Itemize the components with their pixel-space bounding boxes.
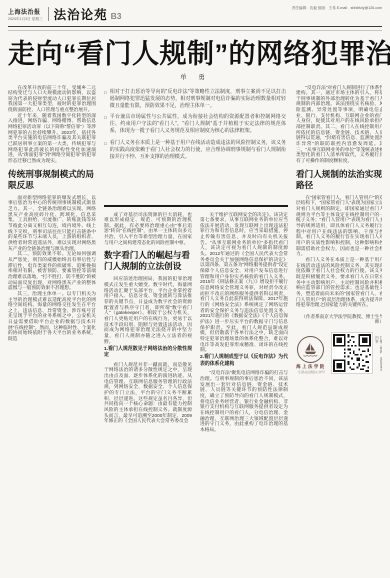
- section-heading-1: 传统刑事规制模式的局限反思: [8, 169, 96, 191]
- middle-columns-body: 成了对基层司法资源的巨大消耗，也难以形成稳定、规范、可预期的治理机制。据此，有必…: [104, 212, 288, 577]
- column-1: 在改革开放的前三十年，受城乡二元结构变迁与人口大规模流动的影响，以盗窃为代表的侵…: [8, 85, 96, 577]
- sailboat-icon: [301, 340, 320, 359]
- article-columns: 在改革开放的前三十年，受城乡二元结构变迁与人口大规模流动的影响，以盗窃为代表的侵…: [8, 85, 382, 577]
- article-headline: 走向“看门人规制”的网络犯罪治理: [8, 39, 382, 69]
- author-affiliation: （作者系南京大学法学院教授、博士生导师）: [296, 314, 382, 325]
- page-number: B3: [111, 11, 122, 21]
- section-heading-2: 数字看门人的崛起与看门人规制的立法创设: [104, 250, 192, 272]
- masthead-rule-dark: [8, 26, 382, 27]
- paper-name: 上海法治报: [8, 7, 43, 16]
- qr-code: [331, 332, 373, 374]
- square-bullet-icon: □: [104, 114, 107, 135]
- paragraph: 近十年来，随着我国数字化转型的深入推进，网络诈骗、网络赌博、帮助信息网络犯罪活动…: [8, 113, 96, 164]
- paragraph: 在改革开放的前三十年，受城乡二元结构变迁与人口大规模流动的影响，以盗窃为代表的侵…: [8, 85, 96, 113]
- qr-code-icon: [333, 334, 371, 372]
- paragraph: 成了对基层司法资源的巨大消耗，也难以形成稳定、规范、可预期的治理机制。据此，有必…: [104, 212, 192, 246]
- numbered-subhead-1: 1.看门人规范散见于网络法治的分散性规定: [104, 347, 192, 359]
- masthead-divider: [48, 7, 49, 21]
- footer-row: 海上法学院 （扫码关注微信公众号）: [296, 332, 382, 374]
- paragraph: 看门人义务在本质上是一种基于用户在线活动违法的风险控制义务，其实现高度依赖于看门…: [296, 257, 382, 308]
- date-line: 2024年1月3日 星期三: [8, 17, 43, 22]
- summary-box: □ 相对于打击惩治等导向的“反电诈法”等策略性立法制度，刑事立案尚不足以打击遏制…: [104, 85, 288, 207]
- numbered-subhead-2: 2.看门人规制成型于以《反电诈法》为代表的体系化建构: [200, 355, 288, 367]
- column-4: “反电诈法”对看门人规制进行了体系性建构。其一，通过市场主体的引入，将基于刑事规…: [296, 85, 382, 577]
- middle-columns: □ 相对于打击惩治等导向的“反电诈法”等策略性立法制度，刑事立案尚不足以打击遏制…: [104, 85, 288, 577]
- summary-text: 平台兼具市场属性与公共属性，成为衔接社会结构的资源配置者和控制网络交往、约束用户…: [110, 114, 286, 135]
- summary-text: 看门人义务在本质上是一种基于用户在线活动造成违法的风险控制义务，该义务的实践高度…: [110, 140, 286, 161]
- newspaper-seal: 海上法学院 （扫码关注微信公众号）: [296, 336, 326, 375]
- summary-bullet: □ 看门人义务在本质上是一种基于用户在线活动造成违法的风险控制义务，该义务的实践…: [104, 140, 286, 161]
- paragraph: “反电诈法”聚焦电信网络诈骗的打击与治理。与刑事规制的事后惩治不同，该法发展出一…: [200, 370, 288, 432]
- paragraph: 面对新型网络犯罪的爆发式增长，以事后惩治为中心的传统刑事规制模式渐显乏力。其一，…: [8, 195, 96, 252]
- paragraph: 其三，治理主体单一。以专门机关为主导的治理模式难以适配高度平台化的网络空间结构。…: [8, 291, 96, 342]
- square-bullet-icon: □: [104, 89, 107, 110]
- seal-caption: （扫码关注微信公众号）: [296, 370, 326, 374]
- editor-contact-line: 责任编辑：沈毅 组版：王希 E-mail：shfzbfzly@126.com: [292, 6, 382, 11]
- paragraph: 关于维护互联网安全的决定》。该决定第七条要求，从事互联网业务的单位应当依法开展活…: [200, 212, 288, 353]
- section-title: 法治论苑: [54, 8, 108, 22]
- qr-caption-line: 扫描二维码: [380, 336, 382, 354]
- column-3: 关于维护互联网安全的决定》。该决定第七条要求，从事互联网业务的单位应当依法开展活…: [200, 212, 288, 577]
- author-name: 单 勇: [8, 72, 382, 81]
- paragraph: “反电诈法”对看门人规制进行了体系性建构。其一，通过市场主体的引入，将基于刑事规…: [296, 85, 382, 164]
- seal-title: 海上法学院: [296, 364, 326, 370]
- section-heading-3: 看门人规制的法治实现路径: [296, 169, 382, 191]
- column-2: 成了对基层司法资源的巨大消耗，也难以形成稳定、规范、可预期的治理机制。据此，有必…: [104, 212, 192, 577]
- masthead: 上海法治报 2024年1月3日 星期三 法治论苑B3 责任编辑：沈毅 组版：王希…: [8, 4, 382, 24]
- summary-bullet: □ 相对于打击惩治等导向的“反电诈法”等策略性立法制度，刑事立案尚不足以打击遏制…: [104, 89, 286, 110]
- masthead-left: 上海法治报 2024年1月3日 星期三: [8, 7, 43, 22]
- paragraph: 看门人规范并非一蹴而就，而是散见于网络法治的诸多分散性规定之中，呈现出由点及面、…: [104, 362, 192, 424]
- paragraph: 在“国家管看门人，看门人管用户”的双层结构下，“国家管看门人”表现为国家立法对看…: [296, 195, 382, 257]
- square-bullet-icon: □: [104, 140, 107, 161]
- sailboat-seal-icon: [297, 336, 324, 363]
- paragraph: 其二，预防效果不彰。无论如何强调从严惩处，刑罚的威慑始终具有事后性与滞后性，电诈…: [8, 251, 96, 291]
- summary-text: 相对于打击惩治等导向的“反电诈法”等策略性立法制度，刑事立案尚不足以打击遏制网络…: [110, 89, 286, 110]
- masthead-rule-light: [8, 30, 382, 31]
- qr-caption: 扫描二维码 浏览更多内容: [375, 336, 382, 374]
- summary-bullet: □ 平台兼具市场属性与公共属性，成为衔接社会结构的资源配置者和控制网络交往、约束…: [104, 114, 286, 135]
- newspaper-page: 上海法治报 2024年1月3日 星期三 法治论苑B3 责任编辑：沈毅 组版：王希…: [0, 0, 390, 578]
- qr-block: 扫描二维码 浏览更多内容: [331, 332, 382, 374]
- section-block: 法治论苑B3: [54, 5, 122, 24]
- paragraph: 回应前述治理困局，我国的犯罪治理模式正发生重大嬗变。数字时代，海量网络活动汇聚于…: [104, 276, 192, 344]
